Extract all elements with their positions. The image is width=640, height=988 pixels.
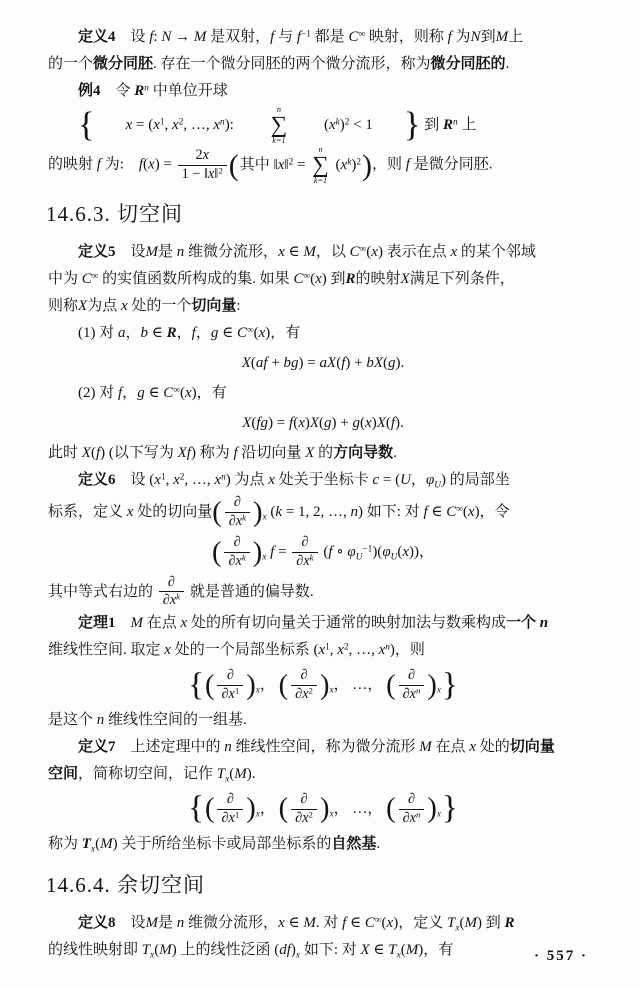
subscript: x — [437, 685, 441, 695]
styled-run: R — [443, 117, 453, 133]
formula-leibniz: X(fg) = f(x)X(g) + g(x)X(f). — [48, 410, 598, 437]
text-run: 定义6 设 (x1, x2, …, xn) 为点 x 处关于坐标卡 c = (U… — [78, 472, 510, 488]
styled-run: n — [144, 83, 149, 93]
styled-run: k — [275, 504, 282, 520]
styled-run: 微分同胚的 — [431, 56, 506, 72]
superscript: 2 — [309, 686, 313, 696]
styled-run: bX — [366, 355, 383, 371]
styled-run: bg — [284, 355, 299, 371]
subscript: x — [397, 950, 401, 960]
styled-run: R — [167, 325, 177, 341]
styled-run: M — [464, 915, 477, 931]
styled-run: f — [96, 445, 100, 461]
styled-run: N — [471, 29, 481, 45]
styled-run: df — [279, 942, 291, 958]
text-run: ∂∂xk — [221, 534, 252, 571]
styled-run: x — [337, 642, 344, 658]
text-run: 此时 X(f) (以下写为 Xf) 称为 f 沿切向量 X 的方向导数. — [48, 445, 397, 461]
def6-line2: 标系，定义 x 处的切向量(∂∂xk)x (k = 1, 2, …, n) 如下… — [48, 494, 598, 531]
subscript: x — [225, 774, 229, 784]
text-run: 标系，定义 x 处的切向量 — [48, 504, 212, 520]
styled-run: x — [121, 298, 128, 314]
text-run: 是这个 n 维线性空间的一组基. — [48, 712, 247, 728]
styled-run: x — [256, 809, 260, 819]
subscript: U — [434, 481, 441, 491]
styled-run: X — [377, 415, 386, 431]
bracketed-group: (∂∂x2) — [279, 667, 330, 704]
styled-run: R — [504, 915, 514, 931]
open-delimiter: ( — [212, 540, 222, 566]
styled-run: x — [387, 915, 394, 931]
styled-run: a — [118, 325, 126, 341]
styled-run: x — [153, 117, 160, 133]
styled-run: C — [446, 504, 456, 520]
document-page: 定义4 设 f: N → M 是双射，f 与 f−1 都是 C∞ 映射，则称 f… — [0, 0, 640, 988]
styled-run: M — [419, 739, 432, 755]
text-run: 2x — [178, 147, 227, 165]
superscript: 2 — [180, 473, 185, 483]
styled-run: f — [341, 355, 345, 371]
superscript: n — [385, 643, 390, 653]
open-delimiter: { — [188, 671, 204, 701]
subscript: x — [91, 844, 95, 854]
close-delimiter: ) — [427, 673, 437, 699]
superscript: −1 — [362, 544, 372, 554]
styled-run: X — [360, 942, 369, 958]
page-number: · 557 · — [534, 943, 588, 970]
ordinary-partial-line: 其中等式右边的 ∂∂xk 就是普通的偏导数. — [48, 574, 598, 611]
styled-run: x — [278, 244, 285, 260]
text-run: ∂∂x2 — [288, 791, 320, 828]
styled-run: f — [192, 325, 196, 341]
styled-run: k — [336, 117, 340, 127]
styled-run: x — [91, 844, 95, 854]
text-run: 称为 Tx(M) 关于所给坐标卡或局部坐标系的自然基. — [48, 836, 380, 852]
styled-run: X — [78, 298, 87, 314]
styled-run: 例4 — [78, 83, 101, 99]
styled-run: X — [242, 415, 251, 431]
subscript: x — [296, 950, 300, 960]
text-run: x — [437, 796, 441, 823]
superscript: 2 — [289, 157, 294, 167]
styled-run: x — [148, 157, 155, 173]
text-run: 就是普通的偏导数. — [186, 583, 314, 599]
def4-line2: 的一个微分同胚. 存在一个微分同胚的两个微分流形，称为微分同胚的. — [48, 51, 598, 78]
open-delimiter: ( — [386, 796, 396, 822]
styled-run: f — [342, 915, 346, 931]
styled-run: g — [324, 415, 332, 431]
styled-run: M — [131, 615, 144, 631]
text-run: ∂ — [399, 667, 425, 685]
styled-run: x — [256, 685, 260, 695]
close-delimiter: } — [442, 671, 458, 701]
styled-run: x — [262, 552, 266, 562]
styled-run: φ — [347, 544, 355, 560]
text-run: ，则 f 是微分同胚. — [372, 157, 492, 173]
summation-sigma: n∑k=1 — [241, 105, 288, 145]
natural-basis-line: 称为 Tx(M) 关于所给坐标卡或局部坐标系的自然基. — [48, 831, 598, 858]
text-run: ∂x1 — [217, 809, 243, 828]
superscript: ∞ — [173, 386, 180, 396]
styled-run: M — [234, 766, 247, 782]
text-run: 1 − ‖x‖2 — [178, 165, 227, 184]
text-run: (∂∂x1)x， (∂∂x2)x， …， (∂∂xn)x — [204, 791, 442, 828]
open-delimiter: ( — [205, 796, 215, 822]
styled-run: 定理1 — [78, 615, 116, 631]
text-run: ∂ — [217, 667, 243, 685]
styled-run: C — [365, 915, 375, 931]
text-run: 定义7 上述定理中的 n 维线性空间，称为微分流形 M 在点 x 处的切向量 — [78, 739, 555, 755]
bracketed-group: (∂∂xk) — [212, 534, 262, 571]
styled-run: x — [296, 950, 300, 960]
def5-line2: 中为 C∞ 的实值函数所构成的集. 如果 C∞(x) 到R的映射X满足下列条件， — [48, 266, 598, 293]
styled-run: n — [177, 915, 185, 931]
text-run: x， — [256, 796, 279, 823]
styled-run: 一个 — [506, 615, 536, 631]
superscript: n — [220, 117, 225, 127]
fraction: ∂∂xn — [399, 791, 425, 828]
styled-run: T — [388, 942, 396, 958]
text-run: x， …， — [329, 796, 386, 823]
styled-run: 定义5 — [78, 244, 116, 260]
styled-run: n — [224, 739, 232, 755]
styled-run: φ — [426, 472, 434, 488]
styled-run: 定义4 — [78, 29, 116, 45]
superscript: n — [221, 473, 226, 483]
styled-run: x — [455, 923, 459, 933]
styled-run: N — [161, 29, 171, 45]
def5-line3: 则称X为点 x 处的一个切向量: — [48, 293, 598, 320]
styled-run: U — [391, 552, 398, 562]
styled-run: f — [118, 385, 122, 401]
open-delimiter: ( — [279, 673, 289, 699]
styled-run: x — [181, 615, 188, 631]
fraction: ∂∂x1 — [217, 667, 243, 704]
superscript: ∞ — [375, 915, 382, 925]
styled-run: x — [437, 685, 441, 695]
text-run: (1) 对 a，b ∈ R，f，g ∈ C∞(x)，有 — [78, 325, 300, 341]
styled-run: x — [450, 244, 457, 260]
condition1-line: (1) 对 a，b ∈ R，f，g ∈ C∞(x)，有 — [48, 320, 598, 347]
styled-run: X — [242, 355, 251, 371]
styled-run: 定义6 — [78, 472, 116, 488]
subscript: x — [329, 809, 333, 819]
text-run: ∂ — [224, 534, 249, 552]
superscript: k — [242, 552, 246, 562]
styled-run: b — [141, 325, 149, 341]
text-run: k=1 — [314, 176, 327, 185]
styled-run: M — [100, 836, 113, 852]
def4-line1: 定义4 设 f: N → M 是双射，f 与 f−1 都是 C∞ 映射，则称 f… — [48, 24, 598, 51]
styled-run: x — [268, 472, 275, 488]
subscript: x — [329, 685, 333, 695]
styled-run: n — [97, 712, 105, 728]
fraction: ∂∂xk — [225, 494, 250, 531]
styled-run: x — [263, 512, 267, 522]
styled-run: x — [397, 950, 401, 960]
open-delimiter: { — [188, 794, 204, 824]
styled-run: x — [315, 271, 322, 287]
text-run: ∂x2 — [291, 809, 317, 828]
styled-run: x — [259, 325, 266, 341]
styled-run: 空间 — [48, 766, 78, 782]
styled-run: k — [176, 592, 180, 602]
superscript: 2 — [344, 643, 349, 653]
text-run: ∂ — [159, 574, 184, 592]
text-run: 定义5 设M是 n 维微分流形，x ∈ M，以 C∞(x) 表示在点 x 的某个… — [78, 244, 536, 260]
styled-run: C — [82, 271, 92, 287]
styled-run: U — [434, 481, 441, 491]
text-run: ∂∂x1 — [214, 791, 246, 828]
styled-run: n — [220, 117, 225, 127]
styled-run: f — [270, 29, 274, 45]
open-delimiter: ( — [279, 796, 289, 822]
text-run: x = (x1, x2, …, xn): — [96, 112, 238, 139]
styled-run: U — [400, 472, 411, 488]
open-delimiter: ( — [386, 673, 396, 699]
text-run: 定义8 设M是 n 维微分流形，x ∈ M. 对 f ∈ C∞(x)，定义 Tx… — [78, 915, 514, 931]
superscript: k — [336, 117, 340, 127]
styled-run: x — [203, 147, 209, 163]
directional-derivative-line: 此时 X(f) (以下写为 Xf) 称为 f 沿切向量 X 的方向导数. — [48, 440, 598, 467]
styled-run: n — [416, 686, 420, 696]
styled-run: 微分同胚 — [93, 56, 153, 72]
superscript: ∞ — [303, 272, 310, 282]
superscript: 2 — [218, 165, 222, 175]
text-run: ∂ — [292, 534, 317, 552]
bracketed-group: {(∂∂x1)x， (∂∂x2)x， …， (∂∂xn)x} — [188, 791, 458, 828]
bracketed-group: (∂∂xk) — [212, 494, 262, 531]
styled-run: x — [150, 950, 154, 960]
text-run: (2) 对 f，g ∈ C∞(x)，有 — [78, 385, 227, 401]
styled-run: x — [172, 117, 179, 133]
styled-run: x — [402, 544, 409, 560]
superscript: −1 — [301, 29, 311, 39]
styled-run: aX — [320, 355, 337, 371]
text-run: (xk)2 < 1 — [290, 112, 373, 139]
styled-run: 切向量 — [191, 298, 236, 314]
styled-run: n — [540, 615, 548, 631]
text-run: 空间，简称切空间，记作 Tx(M). — [48, 766, 256, 782]
text-run: 维线性空间. 取定 x 处的一个局部坐标系 (x1, x2, …, xn)，则 — [48, 642, 425, 658]
text-run: 中为 C∞ 的实值函数所构成的集. 如果 C∞(x) 到R的映射X满足下列条件， — [48, 271, 515, 287]
example4-line2: 的映射 f 为: f(x) = 2x1 − ‖x‖2(其中 ‖x‖2 = n∑k… — [48, 145, 598, 185]
fraction: ∂∂xk — [224, 534, 249, 571]
text-run: ∑ — [241, 114, 288, 136]
styled-run: x — [365, 415, 372, 431]
subscript: x — [263, 512, 267, 522]
styled-run: x — [185, 385, 192, 401]
subscript: x — [256, 809, 260, 819]
superscript: n — [144, 83, 149, 93]
bracketed-group: (∂∂xn) — [386, 667, 437, 704]
open-delimiter: { — [48, 110, 95, 141]
styled-run: x — [225, 774, 229, 784]
theorem1-line2: 维线性空间. 取定 x 处的一个局部坐标系 (x1, x2, …, xn)，则 — [48, 637, 598, 664]
text-run: ∂∂xn — [396, 667, 428, 704]
styled-run: g — [388, 355, 396, 371]
styled-run: f — [270, 544, 274, 560]
superscript: 1 — [235, 809, 239, 819]
superscript: 1 — [325, 643, 330, 653]
bracketed-group: {(∂∂x1)x， (∂∂x2)x， …， (∂∂xn)x} — [188, 667, 458, 704]
styled-run: g — [353, 415, 361, 431]
text-run: ∂∂x2 — [288, 667, 320, 704]
styled-run: k — [242, 552, 246, 562]
fraction: ∂∂x2 — [291, 667, 317, 704]
text-run: ∂xk — [292, 552, 317, 571]
text-run: ∂xn — [399, 685, 425, 704]
styled-run: n — [385, 643, 390, 653]
text-run: ∂ — [399, 791, 425, 809]
condition2-line: (2) 对 f，g ∈ C∞(x)，有 — [48, 380, 598, 407]
formula-partial-def: (∂∂xk)x f = ∂∂xk (f ∘ φU−1)(φU(x))， — [48, 534, 598, 571]
styled-run: M — [303, 915, 316, 931]
page-content: 定义4 设 f: N → M 是双射，f 与 f−1 都是 C∞ 映射，则称 f… — [48, 24, 598, 964]
styled-run: n — [351, 504, 359, 520]
styled-run: x — [469, 739, 476, 755]
styled-run: Xf — [178, 445, 191, 461]
styled-run: C — [350, 244, 360, 260]
subscript: x — [150, 950, 154, 960]
def8-line2: 的线性映射即 Tx(M) 上的线性泛函 (df)x 如下: 对 X ∈ Tx(M… — [48, 937, 598, 964]
styled-run: x — [371, 244, 378, 260]
superscript: k — [176, 592, 180, 602]
text-run: x， — [256, 672, 279, 699]
styled-run: x — [298, 415, 305, 431]
styled-run: φ — [382, 544, 390, 560]
text-run: ∑ — [312, 154, 329, 176]
open-delimiter: ( — [205, 673, 215, 699]
bracketed-group: (∂∂x1) — [205, 667, 256, 704]
styled-run: f — [97, 157, 101, 173]
styled-run: x — [126, 117, 133, 133]
styled-run: f — [423, 504, 427, 520]
styled-run: x — [468, 504, 475, 520]
styled-run: 方向导数 — [333, 445, 393, 461]
bracketed-group: {x = (x1, x2, …, xn): n∑k=1 (xk)2 < 1} — [48, 105, 420, 145]
text-run: ∂xk — [224, 552, 249, 571]
subscript: x — [256, 685, 260, 695]
text-run: ∂ — [291, 791, 317, 809]
styled-run: f — [391, 415, 395, 431]
def7-line1: 定义7 上述定理中的 n 维线性空间，称为微分流形 M 在点 x 处的切向量 — [48, 734, 598, 761]
styled-run: x — [437, 809, 441, 819]
styled-run: f — [406, 157, 410, 173]
text-run: x (k = 1, 2, …, n) 如下: 对 f ∈ C∞(x)，令 — [263, 504, 510, 520]
styled-run: C — [293, 271, 303, 287]
styled-run: 定义8 — [78, 915, 116, 931]
styled-run: k — [310, 552, 314, 562]
text-run: ∂x1 — [217, 685, 243, 704]
def6-line1: 定义6 设 (x1, x2, …, xn) 为点 x 处关于坐标卡 c = (U… — [48, 467, 598, 494]
superscript: k — [347, 157, 351, 167]
superscript: n — [416, 809, 420, 819]
section-heading-cotangent-space: 14.6.4. 余切空间 — [46, 872, 598, 898]
styled-run: x — [127, 504, 134, 520]
styled-run: x — [329, 117, 336, 133]
text-run: 的映射 f 为: f(x) = — [48, 157, 176, 173]
superscript: 2 — [309, 809, 313, 819]
styled-run: 切向量 — [510, 739, 555, 755]
styled-run: M — [303, 244, 316, 260]
formula-basis-2: {(∂∂x1)x， (∂∂x2)x， …， (∂∂xn)x} — [48, 791, 598, 828]
styled-run: f — [289, 415, 293, 431]
text-run: (f ∘ φU−1)(φU(x))， — [320, 544, 434, 560]
formula-basis-1: {(∂∂x1)x， (∂∂x2)x， …， (∂∂xn)x} — [48, 667, 598, 704]
styled-run: M — [194, 29, 207, 45]
styled-run: f — [448, 29, 452, 45]
styled-run: x — [278, 157, 285, 173]
styled-run: g — [137, 385, 145, 401]
close-delimiter: ) — [253, 540, 263, 566]
superscript: ∞ — [247, 326, 254, 336]
text-run: x — [437, 672, 441, 699]
superscript: ∞ — [360, 245, 367, 255]
basis-conclusion-line: 是这个 n 维线性空间的一组基. — [48, 707, 598, 734]
bracketed-group: (∂∂xn) — [386, 791, 437, 828]
superscript: k — [310, 552, 314, 562]
text-run: ∂xk — [225, 512, 250, 531]
section-heading-tangent-space: 14.6.3. 切空间 — [46, 201, 598, 227]
styled-run: R — [346, 271, 356, 287]
text-run: 定义4 设 f: N → M 是双射，f 与 f−1 都是 C∞ 映射，则称 f… — [78, 29, 523, 45]
styled-run: f — [139, 157, 143, 173]
superscript: 2 — [179, 117, 184, 127]
fraction: ∂∂x1 — [217, 791, 243, 828]
styled-run: T — [82, 836, 91, 852]
styled-run: X — [305, 445, 314, 461]
text-run: x， …， — [329, 672, 386, 699]
open-delimiter: ( — [212, 500, 222, 526]
fraction: ∂∂xn — [399, 667, 425, 704]
formula-linearity: X(af + bg) = aX(f) + bX(g). — [48, 350, 598, 377]
styled-run: M — [159, 942, 172, 958]
superscript: 2 — [345, 117, 350, 127]
styled-run: k — [347, 157, 351, 167]
superscript: 1 — [161, 473, 166, 483]
styled-run: x — [278, 915, 285, 931]
styled-run: x — [154, 472, 161, 488]
styled-run: c — [372, 472, 379, 488]
subscript: x — [262, 552, 266, 562]
superscript: 2 — [356, 157, 361, 167]
example4-line1: 例4 令 Rn 中单位开球 {x = (x1, x2, …, xn): n∑k=… — [48, 78, 598, 145]
text-run: ∂ — [225, 494, 250, 512]
text-run: (xk)2 — [332, 152, 361, 179]
open-delimiter: ( — [229, 152, 239, 179]
superscript: k — [242, 513, 246, 523]
close-delimiter: ) — [253, 500, 263, 526]
fraction: 2x1 − ‖x‖2 — [178, 147, 227, 184]
styled-run: n — [177, 244, 185, 260]
bracketed-group: (∂∂x2) — [279, 791, 330, 828]
subscript: U — [391, 552, 398, 562]
text-run: ∂∂xk — [222, 494, 253, 531]
styled-run: n — [416, 809, 420, 819]
text-run: 的一个微分同胚. 存在一个微分同胚的两个微分流形，称为微分同胚的. — [48, 56, 509, 72]
styled-run: fg — [256, 415, 268, 431]
text-run: ∂∂x1 — [214, 667, 246, 704]
text-run: 其中等式右边的 — [48, 583, 157, 599]
text-run: 的线性映射即 Tx(M) 上的线性泛函 (df)x 如下: 对 X ∈ Tx(M… — [48, 942, 453, 958]
text-run: 其中 ‖x‖2 = — [240, 152, 309, 179]
styled-run: 自然基 — [331, 836, 376, 852]
theorem1-line1: 定理1 M 在点 x 处的所有切向量关于通常的映射加法与数乘构成一个 n — [48, 610, 598, 637]
styled-run: X — [310, 415, 319, 431]
styled-run: C — [237, 325, 247, 341]
styled-run: n — [453, 117, 458, 127]
